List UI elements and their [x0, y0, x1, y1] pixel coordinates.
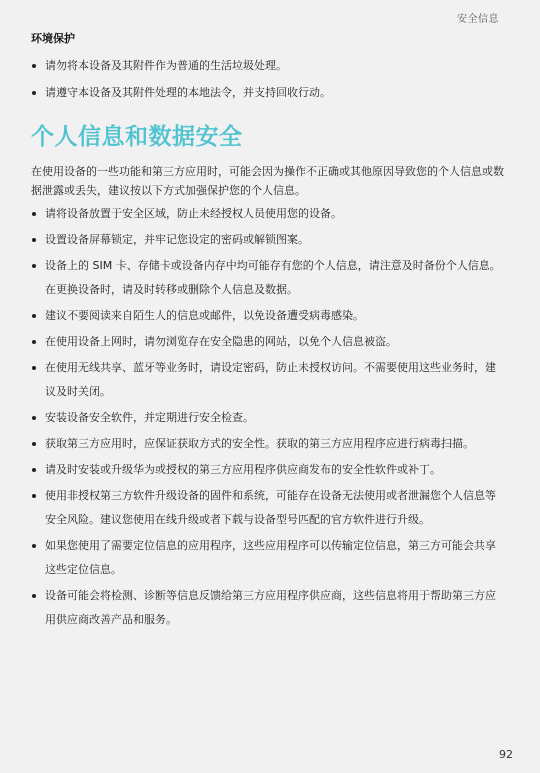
bullet-icon: [32, 314, 36, 318]
list-item: 请勿将本设备及其附件作为普通的生活垃圾处理。: [31, 54, 506, 78]
bullet-icon: [32, 416, 36, 420]
section-title: 个人信息和数据安全: [31, 122, 506, 152]
list-item: 在使用设备上网时，请勿浏览存在安全隐患的网站，以免个人信息被盗。: [31, 330, 506, 354]
bullet-icon: [32, 264, 36, 268]
list-item: 设备可能会将检测、诊断等信息反馈给第三方应用程序供应商，这些信息将用于帮助第三方…: [31, 584, 506, 632]
list-item: 建议不要阅读来自陌生人的信息或邮件，以免设备遭受病毒感染。: [31, 304, 506, 328]
bullet-icon: [32, 468, 36, 472]
bullet-icon: [32, 64, 36, 68]
list-item: 设备上的 SIM 卡、存储卡或设备内存中均可能存有您的个人信息，请注意及时备份个…: [31, 254, 506, 302]
bullet-icon: [32, 442, 36, 446]
running-header-section-label: 安全信息: [457, 10, 499, 25]
list-item: 使用非授权第三方软件升级设备的固件和系统，可能存在设备无法使用或者泄漏您个人信息…: [31, 484, 506, 532]
list-item: 如果您使用了需要定位信息的应用程序，这些应用程序可以传输定位信息，第三方可能会共…: [31, 534, 506, 582]
list-item: 在使用无线共享、蓝牙等业务时，请设定密码，防止未授权访问。不需要使用这些业务时，…: [31, 356, 506, 404]
bullet-icon: [32, 212, 36, 216]
list-item: 请遵守本设备及其附件处理的本地法令，并支持回收行动。: [31, 81, 506, 105]
list-item: 设置设备屏幕锁定，并牢记您设定的密码或解锁图案。: [31, 228, 506, 252]
bullet-icon: [32, 91, 36, 95]
bullet-icon: [32, 544, 36, 548]
page-number: 92: [499, 748, 513, 761]
list-item: 获取第三方应用时，应保证获取方式的安全性。获取的第三方应用程序应进行病毒扫描。: [31, 432, 506, 456]
environment-heading: 环境保护: [31, 31, 506, 46]
privacy-list: 请将设备放置于安全区域，防止未经授权人员使用您的设备。 设置设备屏幕锁定，并牢记…: [31, 202, 506, 632]
bullet-icon: [32, 238, 36, 242]
list-item: 安装设备安全软件，并定期进行安全检查。: [31, 406, 506, 430]
list-item: 请将设备放置于安全区域，防止未经授权人员使用您的设备。: [31, 202, 506, 226]
bullet-icon: [32, 366, 36, 370]
bullet-icon: [32, 494, 36, 498]
page-content: 环境保护 请勿将本设备及其附件作为普通的生活垃圾处理。 请遵守本设备及其附件处理…: [31, 31, 506, 634]
environment-list: 请勿将本设备及其附件作为普通的生活垃圾处理。 请遵守本设备及其附件处理的本地法令…: [31, 54, 506, 105]
bullet-icon: [32, 594, 36, 598]
list-item: 请及时安装或升级华为或授权的第三方应用程序供应商发布的安全性软件或补丁。: [31, 458, 506, 482]
intro-paragraph: 在使用设备的一些功能和第三方应用时，可能会因为操作不正确或其他原因导致您的个人信…: [31, 162, 506, 200]
bullet-icon: [32, 340, 36, 344]
